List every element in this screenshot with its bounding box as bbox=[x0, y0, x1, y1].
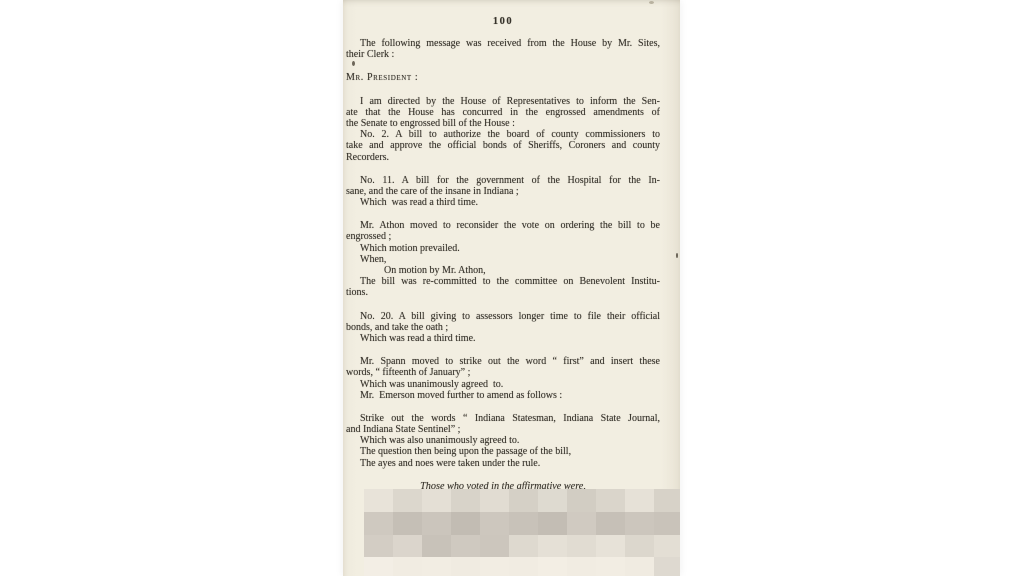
text-line: the Senate to engrossed bill of the Hous… bbox=[346, 118, 660, 129]
redaction-block bbox=[393, 557, 422, 576]
redaction-block bbox=[567, 557, 596, 576]
redaction-block bbox=[654, 557, 680, 576]
line-spacer bbox=[346, 60, 660, 72]
redaction-block bbox=[422, 557, 451, 576]
text-line: The following message was received from … bbox=[346, 38, 660, 49]
redaction-block bbox=[364, 557, 393, 576]
text-line: When, bbox=[346, 254, 660, 265]
text-line: I am directed by the House of Representa… bbox=[346, 96, 660, 107]
redaction-block bbox=[509, 535, 538, 557]
redaction-block bbox=[509, 557, 538, 576]
ink-speck bbox=[352, 61, 355, 66]
redaction-block bbox=[625, 489, 654, 512]
redaction-block bbox=[625, 535, 654, 557]
text-line: Mr. Athon moved to reconsider the vote o… bbox=[346, 220, 660, 231]
text-line: Which was read a third time. bbox=[346, 333, 660, 344]
redaction-block bbox=[451, 489, 480, 512]
redaction-block bbox=[422, 512, 451, 535]
redaction-block bbox=[654, 535, 680, 557]
redaction-block bbox=[451, 535, 480, 557]
text-line: bonds, and take the oath ; bbox=[346, 322, 660, 333]
text-line: Mr. Spann moved to strike out the word “… bbox=[346, 356, 660, 367]
redaction-block bbox=[596, 535, 625, 557]
redaction-block bbox=[538, 512, 567, 535]
text-line: Strike out the words “ Indiana Statesman… bbox=[346, 413, 660, 424]
redaction-block bbox=[451, 512, 480, 535]
redaction-block bbox=[654, 489, 680, 512]
text-column: 100 The following message was received f… bbox=[346, 16, 660, 492]
text-line: sane, and the care of the insane in Indi… bbox=[346, 186, 660, 197]
redaction-block bbox=[596, 557, 625, 576]
line-spacer bbox=[346, 163, 660, 175]
line-spacer bbox=[346, 299, 660, 311]
redaction-block bbox=[422, 535, 451, 557]
redaction-block bbox=[364, 512, 393, 535]
ink-speck bbox=[676, 253, 678, 258]
text-line: The bill was re-committed to the committ… bbox=[346, 276, 660, 287]
redaction-block bbox=[567, 512, 596, 535]
text-line: No. 11. A bill for the government of the… bbox=[346, 175, 660, 186]
redaction-block bbox=[596, 489, 625, 512]
redaction-block bbox=[538, 557, 567, 576]
text-line: and Indiana State Sentinel” ; bbox=[346, 424, 660, 435]
redaction-block bbox=[567, 489, 596, 512]
text-line: tions. bbox=[346, 287, 660, 298]
scan-artifact bbox=[649, 1, 654, 4]
line-spacer bbox=[346, 469, 660, 481]
text-line: The ayes and noes were taken under the r… bbox=[346, 458, 660, 469]
redaction-block bbox=[654, 512, 680, 535]
redaction-block bbox=[567, 535, 596, 557]
text-line: Which motion prevailed. bbox=[346, 243, 660, 254]
text-lines: The following message was received from … bbox=[346, 38, 660, 492]
redaction-block bbox=[451, 557, 480, 576]
redaction-block bbox=[393, 512, 422, 535]
line-spacer bbox=[346, 84, 660, 96]
text-line: Which was unanimously agreed to. bbox=[346, 379, 660, 390]
line-spacer bbox=[346, 401, 660, 413]
redaction-block bbox=[538, 535, 567, 557]
redacted-region bbox=[364, 489, 680, 576]
redaction-block bbox=[422, 489, 451, 512]
text-line: engrossed ; bbox=[346, 231, 660, 242]
page-number: 100 bbox=[346, 16, 660, 28]
text-line: words, “ fifteenth of January” ; bbox=[346, 367, 660, 378]
text-line: No. 20. A bill giving to assessors longe… bbox=[346, 311, 660, 322]
line-spacer bbox=[346, 344, 660, 356]
redaction-block bbox=[480, 535, 509, 557]
text-line: Which was also unanimously agreed to. bbox=[346, 435, 660, 446]
redaction-block bbox=[480, 557, 509, 576]
viewport: 100 The following message was received f… bbox=[0, 0, 1024, 576]
scanned-document-page: 100 The following message was received f… bbox=[343, 0, 680, 576]
redaction-block bbox=[364, 489, 393, 512]
redaction-block bbox=[509, 512, 538, 535]
text-line: The question then being upon the passage… bbox=[346, 446, 660, 457]
redaction-block bbox=[509, 489, 538, 512]
text-line: On motion by Mr. Athon, bbox=[346, 265, 660, 276]
redaction-block bbox=[364, 535, 393, 557]
redaction-block bbox=[538, 489, 567, 512]
redaction-block bbox=[480, 489, 509, 512]
text-line: Mr. Emerson moved further to amend as fo… bbox=[346, 390, 660, 401]
redaction-block bbox=[480, 512, 509, 535]
text-line: ate that the House has concurred in the … bbox=[346, 107, 660, 118]
text-line: their Clerk : bbox=[346, 49, 660, 60]
redaction-block bbox=[596, 512, 625, 535]
redaction-block bbox=[393, 535, 422, 557]
line-spacer bbox=[346, 208, 660, 220]
redaction-block bbox=[625, 512, 654, 535]
redaction-block bbox=[393, 489, 422, 512]
text-line: No. 2. A bill to authorize the board of … bbox=[346, 129, 660, 140]
text-line: take and approve the official bonds of S… bbox=[346, 140, 660, 151]
redaction-block bbox=[625, 557, 654, 576]
text-line: Which was read a third time. bbox=[346, 197, 660, 208]
text-line: Mr. President : bbox=[346, 72, 660, 83]
text-line: Recorders. bbox=[346, 152, 660, 163]
